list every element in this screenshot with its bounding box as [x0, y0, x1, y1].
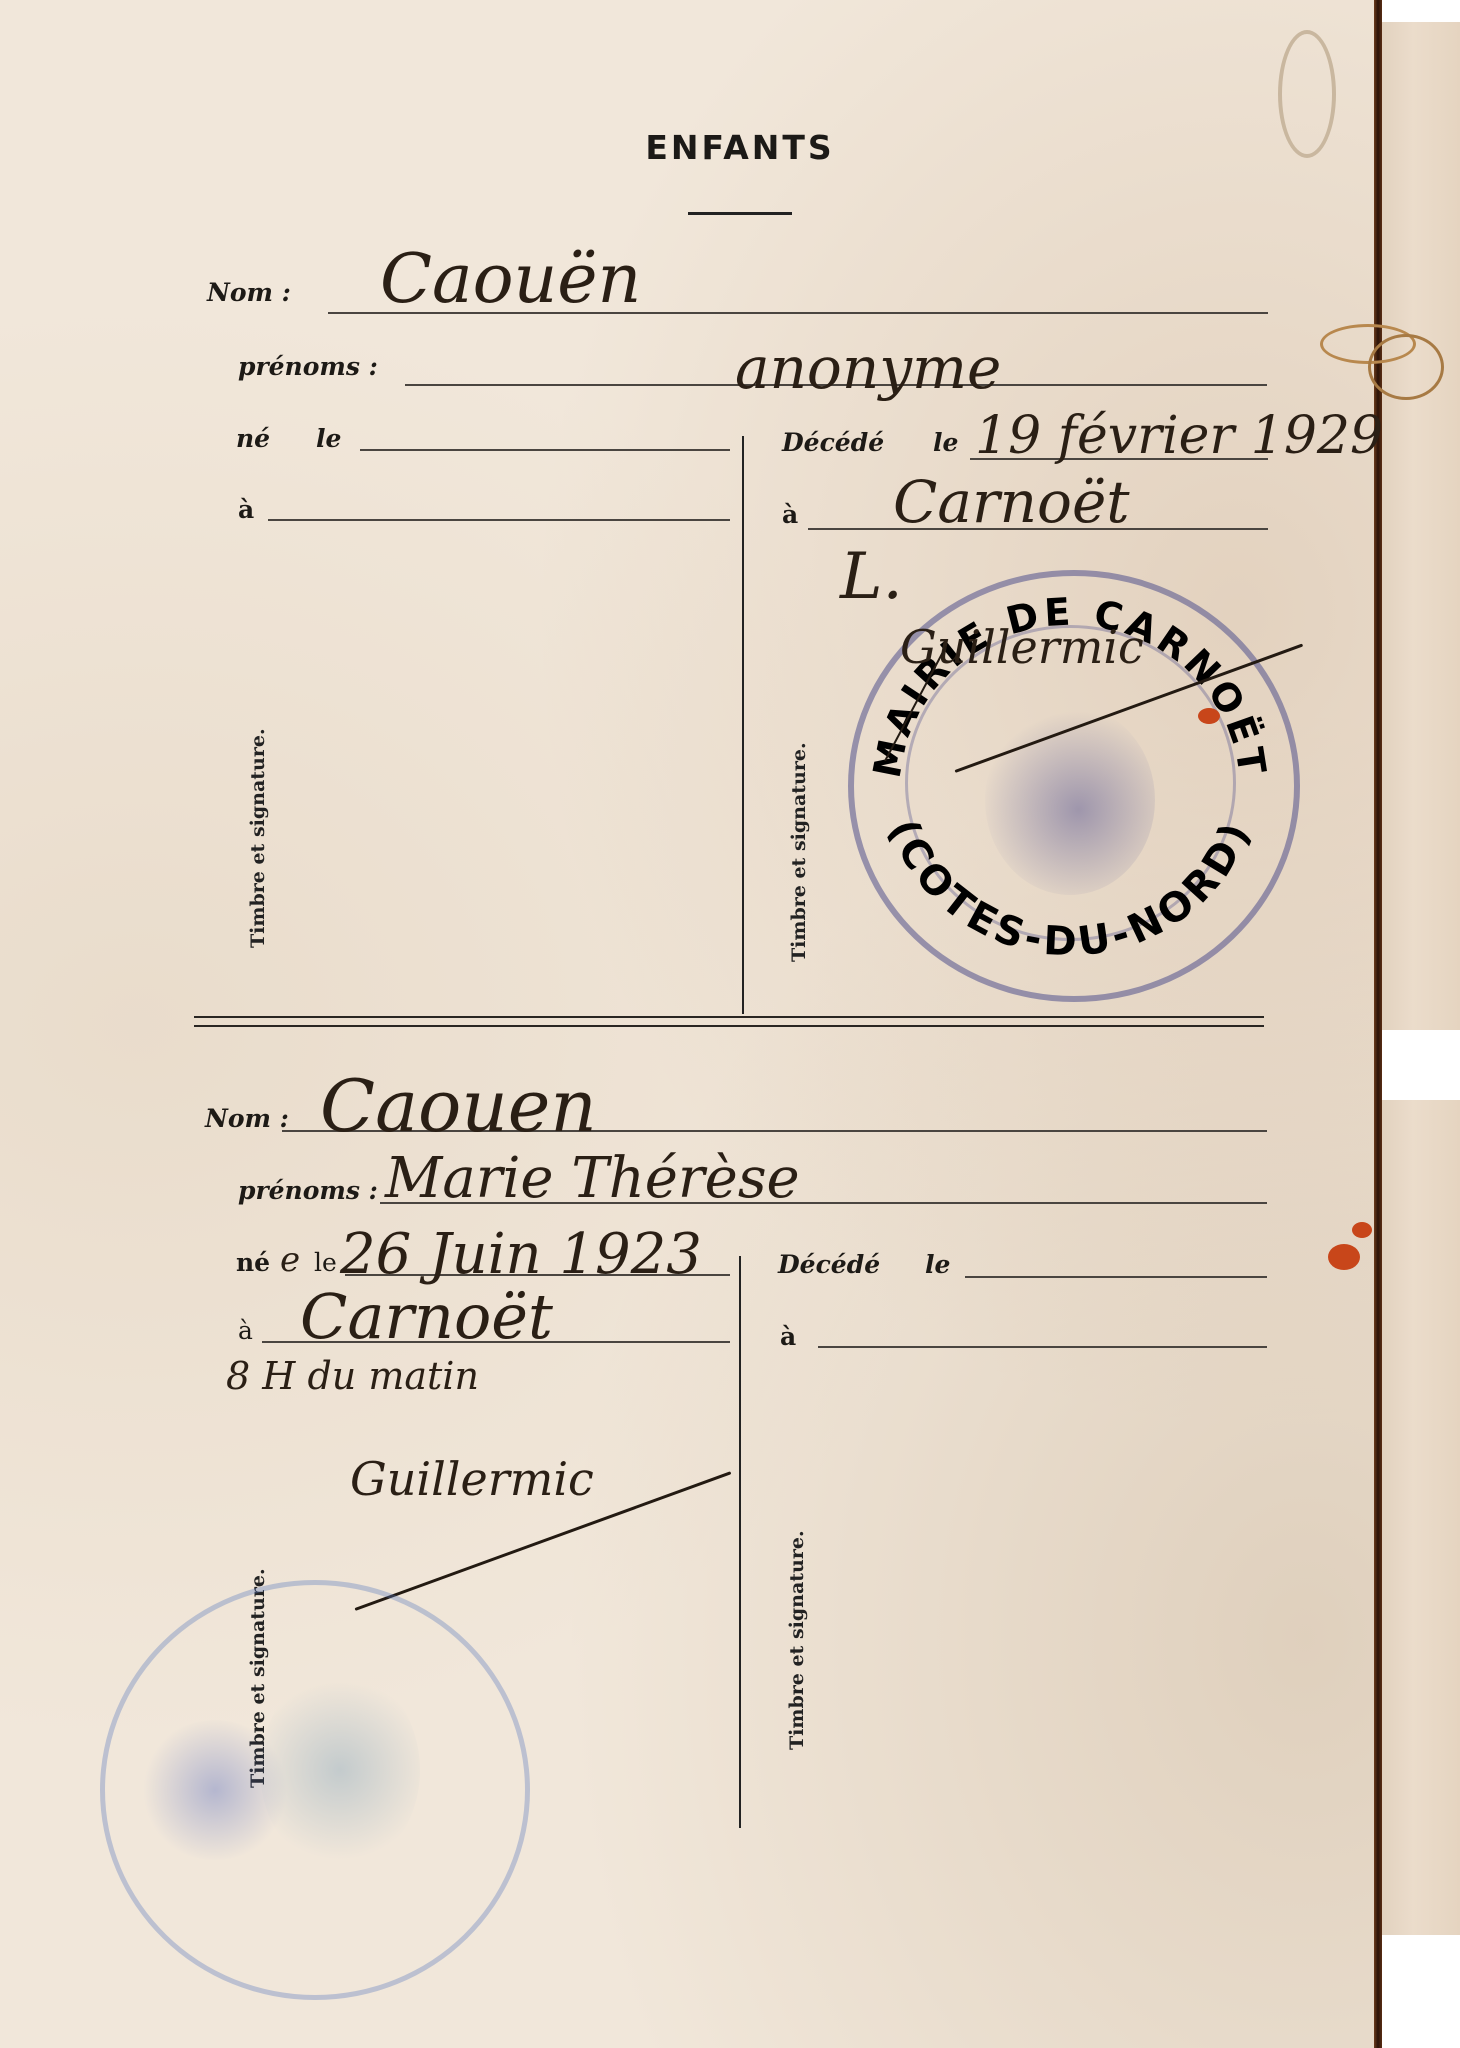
page-binding-edge	[1374, 0, 1382, 2048]
torn-edge	[1382, 1030, 1460, 1100]
section-divider-bottom	[194, 1025, 1264, 1027]
prenoms-value: Marie Thérèse	[385, 1146, 800, 1211]
nom-label: Nom :	[207, 278, 291, 307]
timbre-label-right: Timbre et signature.	[788, 742, 810, 962]
officer-signature-left: Guillermic	[350, 1452, 594, 1506]
ne-label: né	[236, 424, 270, 453]
decede-a-rule	[818, 1346, 1267, 1348]
svg-text:(COTES-DU-NORD): (COTES-DU-NORD)	[879, 813, 1260, 965]
ne-a-value: Carnoët	[300, 1280, 553, 1353]
prenoms-value: anonyme	[735, 334, 1001, 402]
timbre-label-right: Timbre et signature.	[786, 1530, 808, 1750]
rust-spot	[1328, 1244, 1360, 1270]
decede-le-rule	[965, 1276, 1267, 1278]
ne-a-rule	[268, 519, 730, 521]
stamp-bottom-text: (COTES-DU-NORD)	[879, 813, 1260, 965]
ne-a-label: à	[238, 1316, 253, 1345]
nom-label: Nom :	[205, 1104, 289, 1133]
ne-gender-suffix: e	[280, 1240, 300, 1280]
torn-edge	[1382, 0, 1460, 22]
decede-label: Décédé	[782, 428, 884, 457]
column-divider	[739, 1256, 741, 1828]
officer-initial: L.	[840, 540, 903, 614]
prenoms-label: prénoms :	[238, 1176, 378, 1205]
binding-string	[1368, 334, 1444, 400]
timbre-label-left: Timbre et signature.	[247, 728, 269, 948]
nom-value: Caouen	[320, 1064, 597, 1148]
rust-spot	[1198, 708, 1220, 724]
stamp-emblem	[260, 1670, 420, 1870]
title-rule	[688, 212, 792, 215]
ne-label: né	[236, 1248, 270, 1277]
binding-string-top	[1278, 30, 1336, 158]
ne-le-rule	[360, 449, 730, 451]
birth-time-note: 8 H du matin	[226, 1354, 479, 1398]
rust-spot	[1352, 1222, 1372, 1238]
decede-label: Décédé	[778, 1250, 880, 1279]
decede-le-label: le	[925, 1250, 950, 1279]
torn-edge	[1376, 1935, 1460, 2048]
ne-le-value: 26 Juin 1923	[340, 1222, 702, 1287]
prenoms-label: prénoms :	[238, 352, 378, 381]
section-divider-top	[194, 1016, 1264, 1018]
document-page: ENFANTS Nom : Caouën prénoms : anonyme n…	[0, 0, 1374, 2048]
nom-value: Caouën	[380, 240, 641, 319]
ne-le-label: le	[314, 1248, 337, 1277]
decede-le-label: le	[933, 428, 958, 457]
page-title: ENFANTS	[0, 128, 1460, 167]
ne-a-label: à	[238, 495, 254, 524]
decede-a-value: Carnoët	[893, 468, 1130, 536]
ne-le-label: le	[316, 424, 341, 453]
decede-a-label: à	[782, 500, 798, 529]
decede-le-value: 19 février 1929	[975, 406, 1383, 466]
column-divider	[742, 436, 744, 1014]
decede-a-label: à	[780, 1322, 796, 1351]
